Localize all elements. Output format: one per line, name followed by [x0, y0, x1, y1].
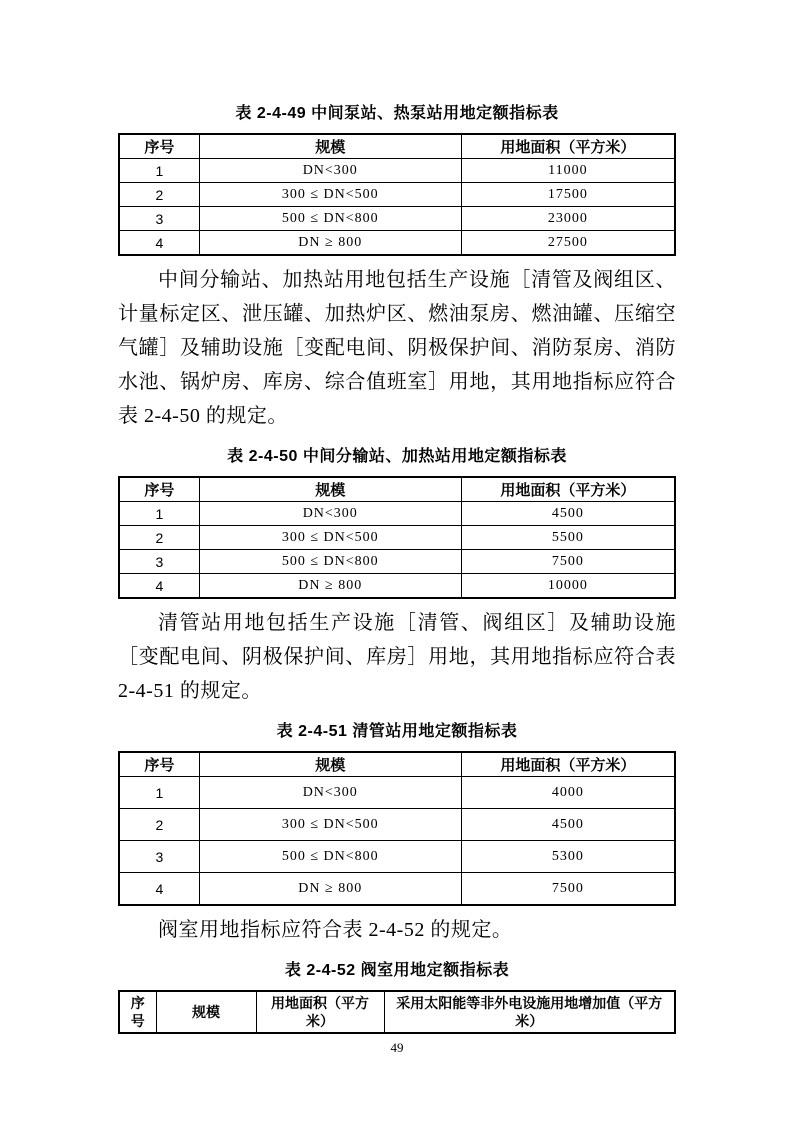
table-row: 4 DN ≥ 800 10000 [119, 574, 675, 599]
cell-scale: DN<300 [199, 159, 461, 183]
cell-area: 7500 [461, 873, 675, 906]
cell-scale: DN ≥ 800 [199, 873, 461, 906]
table-row: 2 300 ≤ DN<500 17500 [119, 183, 675, 207]
col-header-area: 用地面积（平方米） [461, 752, 675, 777]
table-2-4-49: 序号 规模 用地面积（平方米） 1 DN<300 11000 2 300 ≤ D… [118, 133, 676, 256]
cell-scale: 300 ≤ DN<500 [199, 526, 461, 550]
cell-area: 7500 [461, 550, 675, 574]
cell-seq: 4 [119, 231, 199, 256]
table-header-row: 序号 规模 用地面积（平方米） 采用太阳能等非外电设施用地增加值（平方米） [119, 991, 675, 1033]
cell-scale: 500 ≤ DN<800 [199, 207, 461, 231]
cell-scale: 500 ≤ DN<800 [199, 550, 461, 574]
cell-seq: 3 [119, 841, 199, 873]
cell-seq: 2 [119, 809, 199, 841]
cell-seq: 1 [119, 777, 199, 809]
paragraph-intermediate-stations: 中间分输站、加热站用地包括生产设施［清管及阀组区、计量标定区、泄压罐、加热炉区、… [118, 263, 676, 433]
cell-scale: DN<300 [199, 777, 461, 809]
table-2-4-50: 序号 规模 用地面积（平方米） 1 DN<300 4500 2 300 ≤ DN… [118, 476, 676, 599]
cell-scale: DN ≥ 800 [199, 574, 461, 599]
col-header-seq: 序号 [119, 134, 199, 159]
table-row: 4 DN ≥ 800 7500 [119, 873, 675, 906]
table-header-row: 序号 规模 用地面积（平方米） [119, 134, 675, 159]
table-2-4-49-title: 表 2-4-49 中间泵站、热泵站用地定额指标表 [118, 102, 676, 126]
cell-area: 10000 [461, 574, 675, 599]
col-header-area: 用地面积（平方米） [461, 134, 675, 159]
col-header-seq: 序号 [119, 991, 156, 1033]
col-header-scale: 规模 [199, 134, 461, 159]
document-page: 表 2-4-49 中间泵站、热泵站用地定额指标表 序号 规模 用地面积（平方米）… [0, 0, 794, 1122]
table-row: 3 500 ≤ DN<800 23000 [119, 207, 675, 231]
page-content: 表 2-4-49 中间泵站、热泵站用地定额指标表 序号 规模 用地面积（平方米）… [118, 102, 676, 1034]
cell-area: 5300 [461, 841, 675, 873]
cell-area: 4500 [461, 809, 675, 841]
col-header-area: 用地面积（平方米） [461, 477, 675, 502]
cell-seq: 3 [119, 550, 199, 574]
cell-area: 17500 [461, 183, 675, 207]
table-2-4-51: 序号 规模 用地面积（平方米） 1 DN<300 4000 2 300 ≤ DN… [118, 751, 676, 906]
col-header-scale: 规模 [199, 477, 461, 502]
cell-scale: 500 ≤ DN<800 [199, 841, 461, 873]
table-row: 3 500 ≤ DN<800 5300 [119, 841, 675, 873]
col-header-scale: 规模 [199, 752, 461, 777]
table-row: 1 DN<300 4000 [119, 777, 675, 809]
cell-scale: DN ≥ 800 [199, 231, 461, 256]
cell-area: 11000 [461, 159, 675, 183]
cell-seq: 2 [119, 183, 199, 207]
table-2-4-52: 序号 规模 用地面积（平方米） 采用太阳能等非外电设施用地增加值（平方米） [118, 990, 676, 1034]
col-header-seq: 序号 [119, 477, 199, 502]
col-header-scale: 规模 [156, 991, 256, 1033]
cell-seq: 1 [119, 502, 199, 526]
cell-scale: 300 ≤ DN<500 [199, 183, 461, 207]
table-row: 1 DN<300 11000 [119, 159, 675, 183]
table-row: 3 500 ≤ DN<800 7500 [119, 550, 675, 574]
cell-seq: 1 [119, 159, 199, 183]
cell-seq: 3 [119, 207, 199, 231]
col-header-area: 用地面积（平方米） [256, 991, 384, 1033]
cell-area: 5500 [461, 526, 675, 550]
col-header-seq: 序号 [119, 752, 199, 777]
cell-seq: 2 [119, 526, 199, 550]
table-row: 1 DN<300 4500 [119, 502, 675, 526]
col-header-solar-increment: 采用太阳能等非外电设施用地增加值（平方米） [384, 991, 675, 1033]
paragraph-valve-chamber: 阀室用地指标应符合表 2-4-52 的规定。 [118, 913, 676, 947]
table-2-4-52-title: 表 2-4-52 阀室用地定额指标表 [118, 959, 676, 983]
table-header-row: 序号 规模 用地面积（平方米） [119, 752, 675, 777]
cell-area: 23000 [461, 207, 675, 231]
page-number: 49 [0, 1040, 794, 1056]
cell-scale: 300 ≤ DN<500 [199, 809, 461, 841]
cell-scale: DN<300 [199, 502, 461, 526]
cell-area: 4000 [461, 777, 675, 809]
cell-seq: 4 [119, 574, 199, 599]
table-row: 2 300 ≤ DN<500 5500 [119, 526, 675, 550]
table-2-4-51-title: 表 2-4-51 清管站用地定额指标表 [118, 720, 676, 744]
table-2-4-50-title: 表 2-4-50 中间分输站、加热站用地定额指标表 [118, 445, 676, 469]
table-row: 4 DN ≥ 800 27500 [119, 231, 675, 256]
table-header-row: 序号 规模 用地面积（平方米） [119, 477, 675, 502]
cell-area: 27500 [461, 231, 675, 256]
paragraph-pigging-stations: 清管站用地包括生产设施［清管、阀组区］及辅助设施［变配电间、阴极保护间、库房］用… [118, 606, 676, 708]
cell-area: 4500 [461, 502, 675, 526]
cell-seq: 4 [119, 873, 199, 906]
table-row: 2 300 ≤ DN<500 4500 [119, 809, 675, 841]
